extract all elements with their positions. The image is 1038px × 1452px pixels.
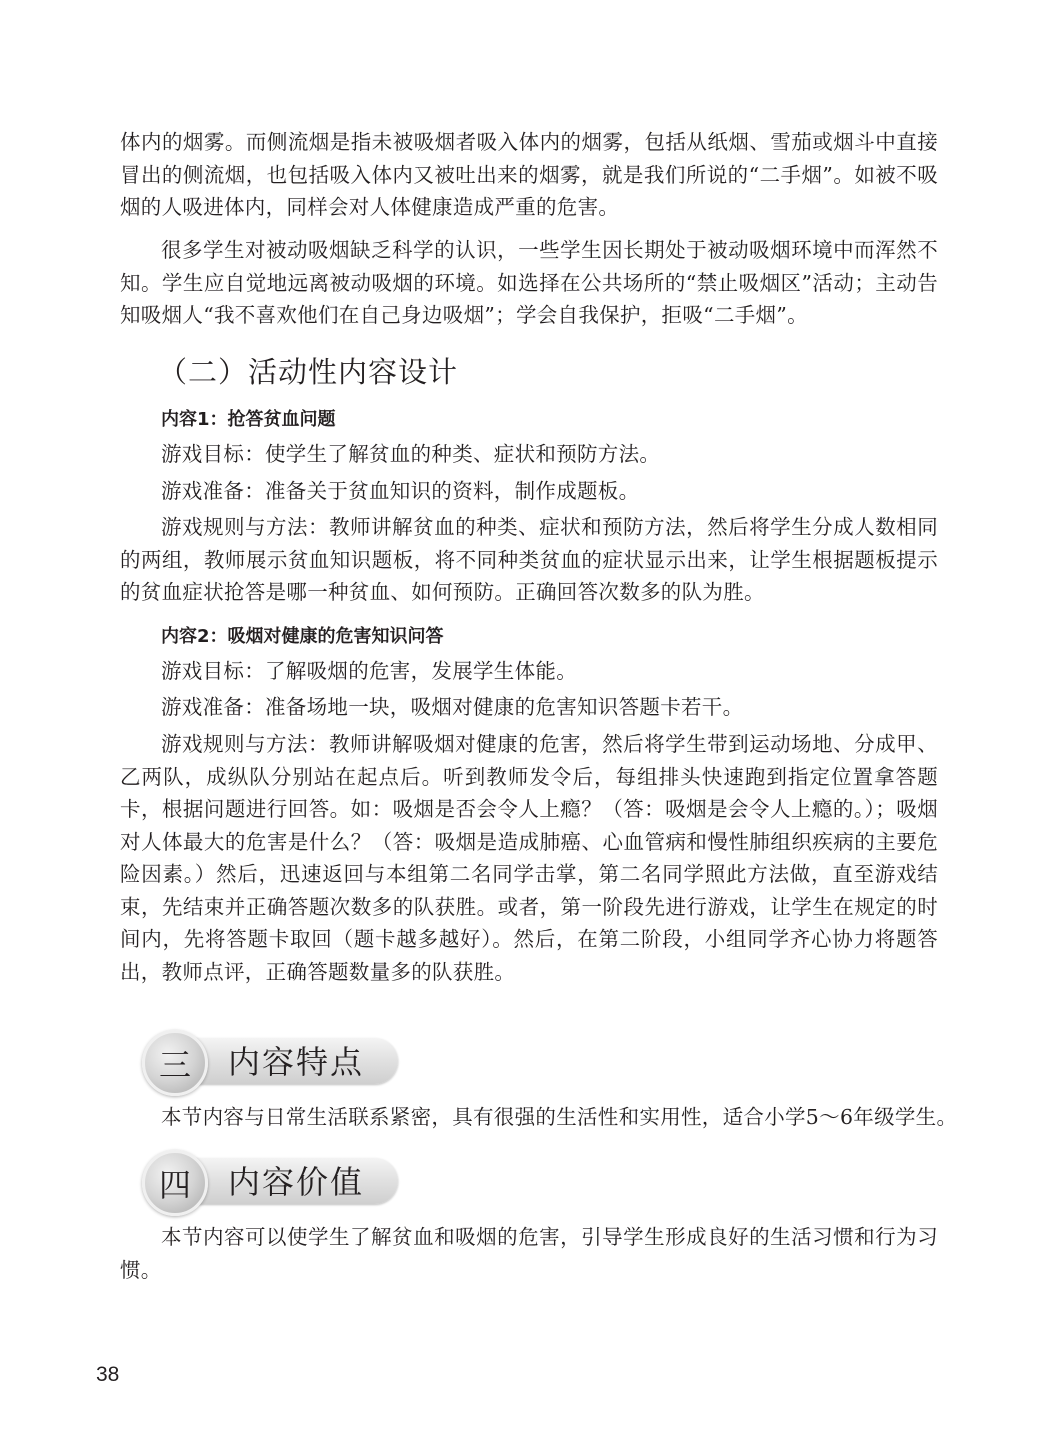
content-1-rules: 游戏规则与方法：教师讲解贫血的种类、症状和预防方法，然后将学生分成人数相同的两组… <box>120 511 938 609</box>
intro-paragraph-2: 很多学生对被动吸烟缺乏科学的认识，一些学生因长期处于被动吸烟环境中而浑然不知。学… <box>120 234 938 332</box>
content-2-title: 内容2：吸烟对健康的危害知识问答 <box>161 623 444 651</box>
content-1-preparation: 游戏准备：准备关于贫血知识的资料，制作成题板。 <box>161 475 639 507</box>
content-2-preparation: 游戏准备：准备场地一块，吸烟对健康的危害知识答题卡若干。 <box>161 691 743 723</box>
section-3-badge: 三 内容特点 <box>140 1030 402 1094</box>
content-1-goal: 游戏目标：使学生了解贫血的种类、症状和预防方法。 <box>161 438 660 470</box>
section-4-badge: 四 内容价值 <box>140 1150 402 1214</box>
intro-paragraph-1: 体内的烟雾。而侧流烟是指未被吸烟者吸入体内的烟雾，包括从纸烟、雪茄或烟斗中直接冒… <box>120 126 938 224</box>
content-1-title: 内容1：抢答贫血问题 <box>161 406 336 434</box>
content-2-goal: 游戏目标：了解吸烟的危害，发展学生体能。 <box>161 655 577 687</box>
section-3-title: 内容特点 <box>228 1040 364 1084</box>
content-2-rules: 游戏规则与方法：教师讲解吸烟对健康的危害，然后将学生带到运动场地、分成甲、乙两队… <box>120 728 938 988</box>
section-3-body: 本节内容与日常生活联系紧密，具有很强的生活性和实用性，适合小学5～6年级学生。 <box>161 1101 957 1133</box>
section-number-circle: 三 <box>142 1030 208 1096</box>
section-4-title: 内容价值 <box>228 1160 364 1204</box>
section-4-body: 本节内容可以使学生了解贫血和吸烟的危害，引导学生形成良好的生活习惯和行为习惯。 <box>120 1221 938 1286</box>
section-number-circle: 四 <box>142 1150 208 1216</box>
page-number: 38 <box>96 1363 119 1387</box>
activity-section-heading: （二）活动性内容设计 <box>158 352 458 392</box>
